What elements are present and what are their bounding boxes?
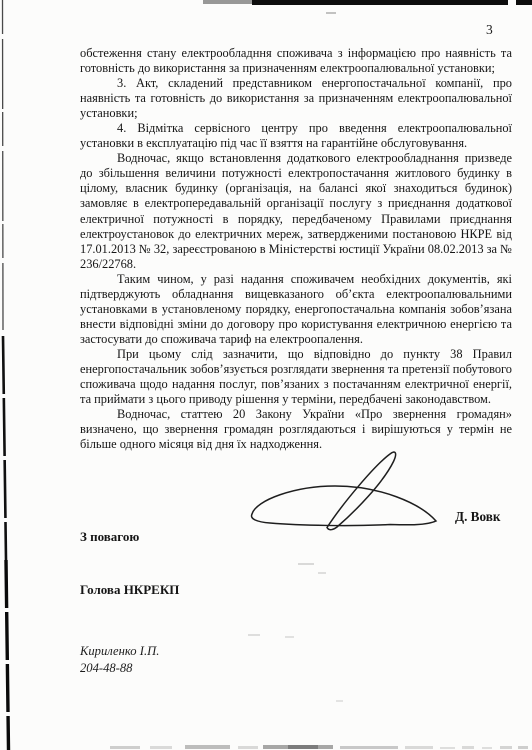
scan-speck [298, 563, 314, 565]
handwritten-signature [240, 445, 445, 540]
signer-title: Голова НКРЕКП [80, 581, 179, 599]
document-body: обстеження стану електрообладння спожива… [80, 46, 512, 452]
signer-name: Д. Вовк [455, 509, 500, 525]
page-edge-line-middle [3, 336, 6, 560]
paragraph: При цьому слід зазначити, що відповідно … [80, 347, 512, 407]
scan-band-top [252, 0, 532, 5]
scan-band-smudge [203, 0, 255, 4]
signature-block: З повагою Голова НКРЕКП [80, 493, 179, 633]
paragraph: 4. Відмітка сервісного центру про введен… [80, 121, 512, 151]
scan-speck [248, 634, 260, 636]
scan-speck [336, 700, 343, 702]
signature-loop [252, 486, 436, 526]
page-number: 3 [486, 22, 493, 38]
scan-speck [326, 12, 336, 14]
signature-stroke [327, 452, 396, 530]
scan-band-bottom [110, 745, 528, 749]
contact-phone: 204-48-88 [80, 660, 159, 677]
scan-speck [285, 636, 294, 638]
scan-speck [318, 572, 326, 574]
closing-line: З повагою [80, 528, 179, 546]
paragraph: Таким чином, у разі надання споживачем н… [80, 272, 512, 347]
contact-name: Кириленко І.П. [80, 643, 159, 660]
page-edge-line-lower [6, 560, 9, 750]
paragraph: 3. Акт, складений представником енергопо… [80, 76, 512, 121]
scanned-letter-page: 3 обстеження стану електрообладння спожи… [0, 0, 532, 750]
scan-band-notch [508, 0, 516, 5]
page-edge-line-upper [3, 0, 4, 330]
paragraph: Водночас, якщо встановлення додаткового … [80, 151, 512, 271]
contact-block: Кириленко І.П. 204-48-88 [80, 643, 159, 677]
paragraph: обстеження стану електрообладння спожива… [80, 46, 512, 76]
